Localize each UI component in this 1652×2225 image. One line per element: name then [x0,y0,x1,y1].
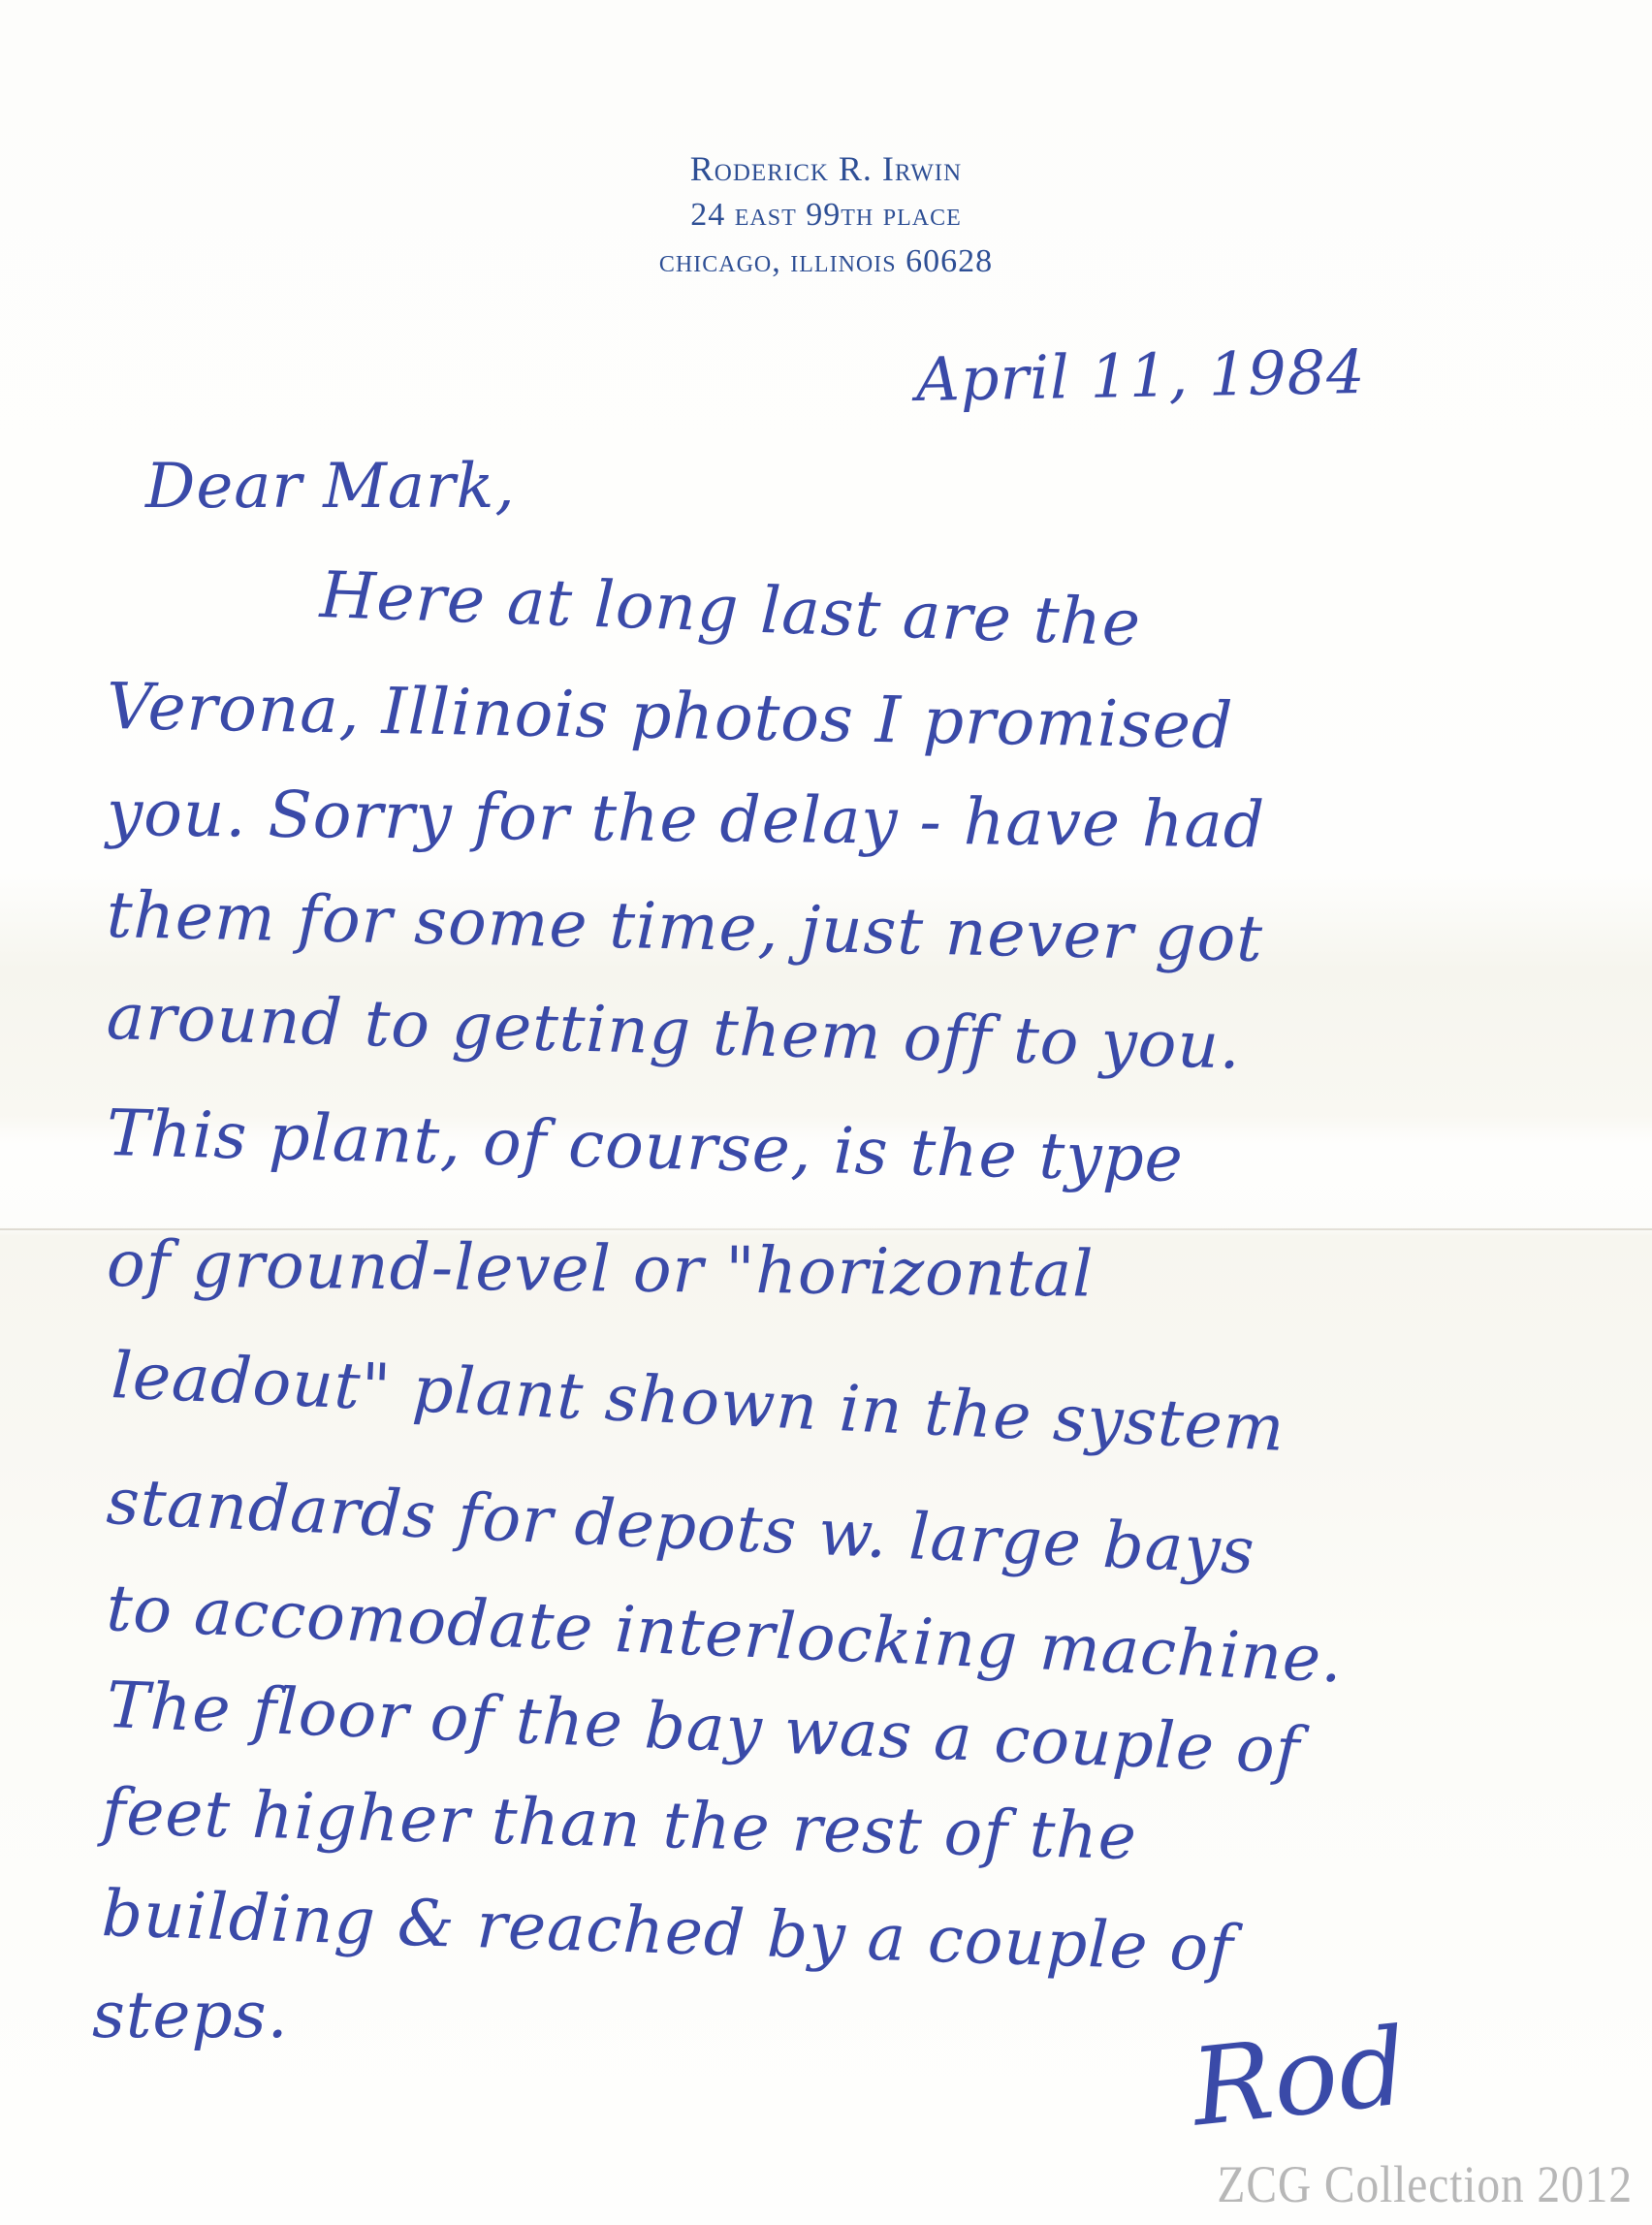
collection-watermark: ZCG Collection 2012 [1217,2154,1633,2214]
letterhead-street-address: 24 east 99th place [0,192,1652,238]
body-line: steps. [92,1978,289,2052]
body-line: of ground-level or "horizontal [107,1226,1095,1312]
signature: Rod [1186,2004,1414,2150]
letterhead-city-state-zip: chicago, illinois 60628 [0,238,1652,285]
letter-date: April 11, 1984 [915,336,1366,415]
body-line: you. Sorry for the delay - have had [107,776,1266,863]
letterhead-name: Roderick R. Irwin [0,145,1652,192]
letterhead: Roderick R. Irwin 24 east 99th place chi… [0,145,1652,285]
salutation: Dear Mark, [145,451,516,523]
